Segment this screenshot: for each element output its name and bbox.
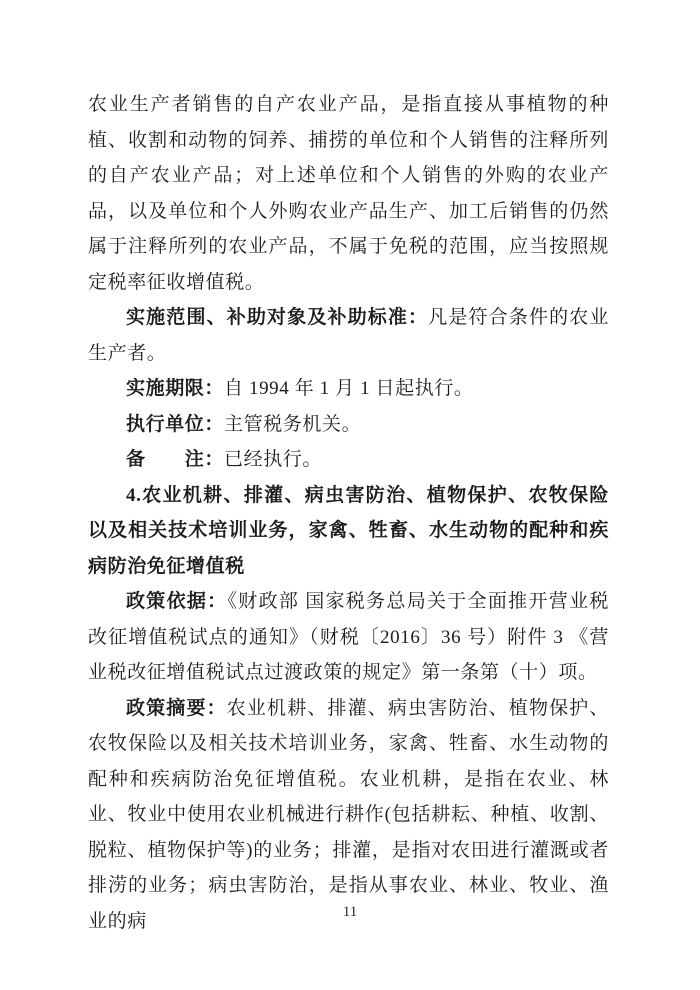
para-remark-segment-0: 备 注：	[126, 449, 224, 470]
para-vat-exemption-scope-continuation: 农业生产者销售的自产农业产品，是指直接从事植物的种植、收割和动物的饲养、捕捞的单…	[88, 87, 609, 300]
para-remark: 备 注：已经执行。	[88, 442, 609, 478]
document-page: 农业生产者销售的自产农业产品，是指直接从事植物的种植、收割和动物的饲养、捕捞的单…	[0, 0, 700, 990]
page-number: 11	[0, 901, 700, 923]
para-vat-exemption-scope-continuation-segment-0: 农业生产者销售的自产农业产品，是指直接从事植物的种植、收割和动物的饲养、捕捞的单…	[88, 94, 609, 293]
para-policy-summary-segment-0: 政策摘要：	[126, 698, 227, 719]
heading-item-4: 4.农业机耕、排灌、病虫害防治、植物保护、农牧保险以及相关技术培训业务，家禽、牲…	[88, 478, 609, 585]
para-policy-basis-segment-0: 政策依据：	[126, 591, 227, 612]
para-implementation-scope-segment-0: 实施范围、补助对象及补助标准：	[126, 307, 428, 328]
para-executing-unit-segment-0: 执行单位：	[126, 414, 224, 435]
para-policy-summary-segment-1: 农业机耕、排灌、病虫害防治、植物保护、农牧保险以及相关技术培训业务，家禽、牲畜、…	[88, 698, 609, 932]
para-implementation-period: 实施期限：自 1994 年 1 月 1 日起执行。	[88, 371, 609, 407]
para-implementation-period-segment-1: 自 1994 年 1 月 1 日起执行。	[224, 378, 474, 399]
para-implementation-period-segment-0: 实施期限：	[126, 378, 224, 399]
para-executing-unit-segment-1: 主管税务机关。	[224, 414, 361, 435]
para-executing-unit: 执行单位：主管税务机关。	[88, 407, 609, 443]
heading-item-4-segment-0: 4.农业机耕、排灌、病虫害防治、植物保护、农牧保险以及相关技术培训业务，家禽、牲…	[88, 485, 609, 577]
para-implementation-scope: 实施范围、补助对象及补助标准：凡是符合条件的农业生产者。	[88, 300, 609, 371]
document-content: 农业生产者销售的自产农业产品，是指直接从事植物的种植、收割和动物的饲养、捕捞的单…	[88, 87, 609, 939]
para-remark-segment-1: 已经执行。	[224, 449, 322, 470]
para-policy-basis: 政策依据：《财政部 国家税务总局关于全面推开营业税改征增值税试点的通知》（财税〔…	[88, 584, 609, 691]
